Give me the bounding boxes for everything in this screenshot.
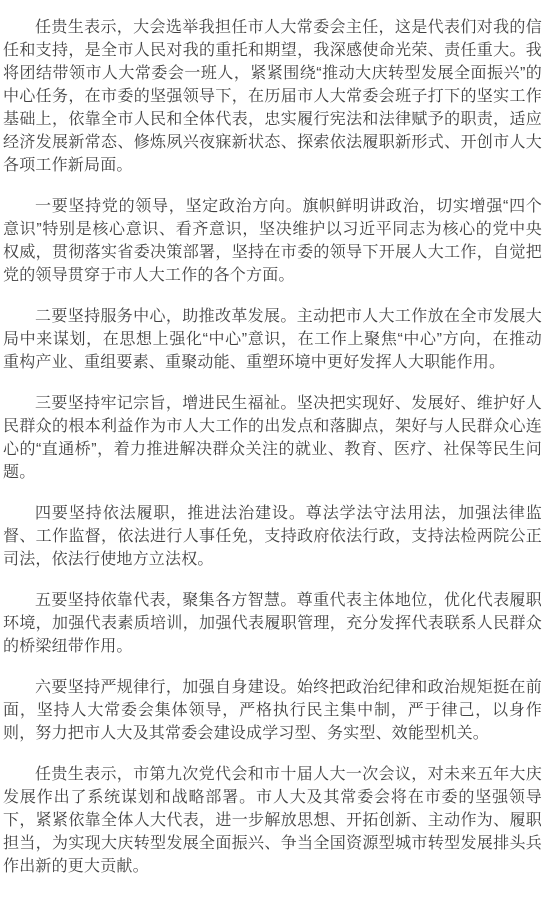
- paragraph-point-3: 三要坚持牢记宗旨，增进民生福祉。坚决把实现好、发展好、维护好人民群众的根本利益作…: [3, 392, 542, 484]
- article-body: 任贵生表示，大会选举我担任市人大常委会主任，这是代表们对我的信任和支持，是全市人…: [3, 16, 542, 878]
- article-page: 任贵生表示，大会选举我担任市人大常委会主任，这是代表们对我的信任和支持，是全市人…: [0, 0, 545, 898]
- paragraph-point-6: 六要坚持严规律行，加强自身建设。始终把政治纪律和政治规矩挺在前面，坚持人大常委会…: [3, 676, 542, 745]
- paragraph-point-5: 五要坚持依靠代表，聚集各方智慧。尊重代表主体地位，优化代表履职环境，加强代表素质…: [3, 589, 542, 658]
- paragraph-point-4: 四要坚持依法履职，推进法治建设。尊法学法守法用法，加强法律监督、工作监督，依法进…: [3, 502, 542, 571]
- paragraph-closing: 任贵生表示，市第九次党代会和市十届人大一次会议，对未来五年大庆发展作出了系统谋划…: [3, 763, 542, 878]
- paragraph-point-2: 二要坚持服务中心，助推改革发展。主动把市人大工作放在全市发展大局中来谋划，在思想…: [3, 305, 542, 374]
- paragraph-point-1: 一要坚持党的领导，坚定政治方向。旗帜鲜明讲政治，切实增强“四个意识”特别是核心意…: [3, 195, 542, 287]
- paragraph-intro: 任贵生表示，大会选举我担任市人大常委会主任，这是代表们对我的信任和支持，是全市人…: [3, 16, 542, 177]
